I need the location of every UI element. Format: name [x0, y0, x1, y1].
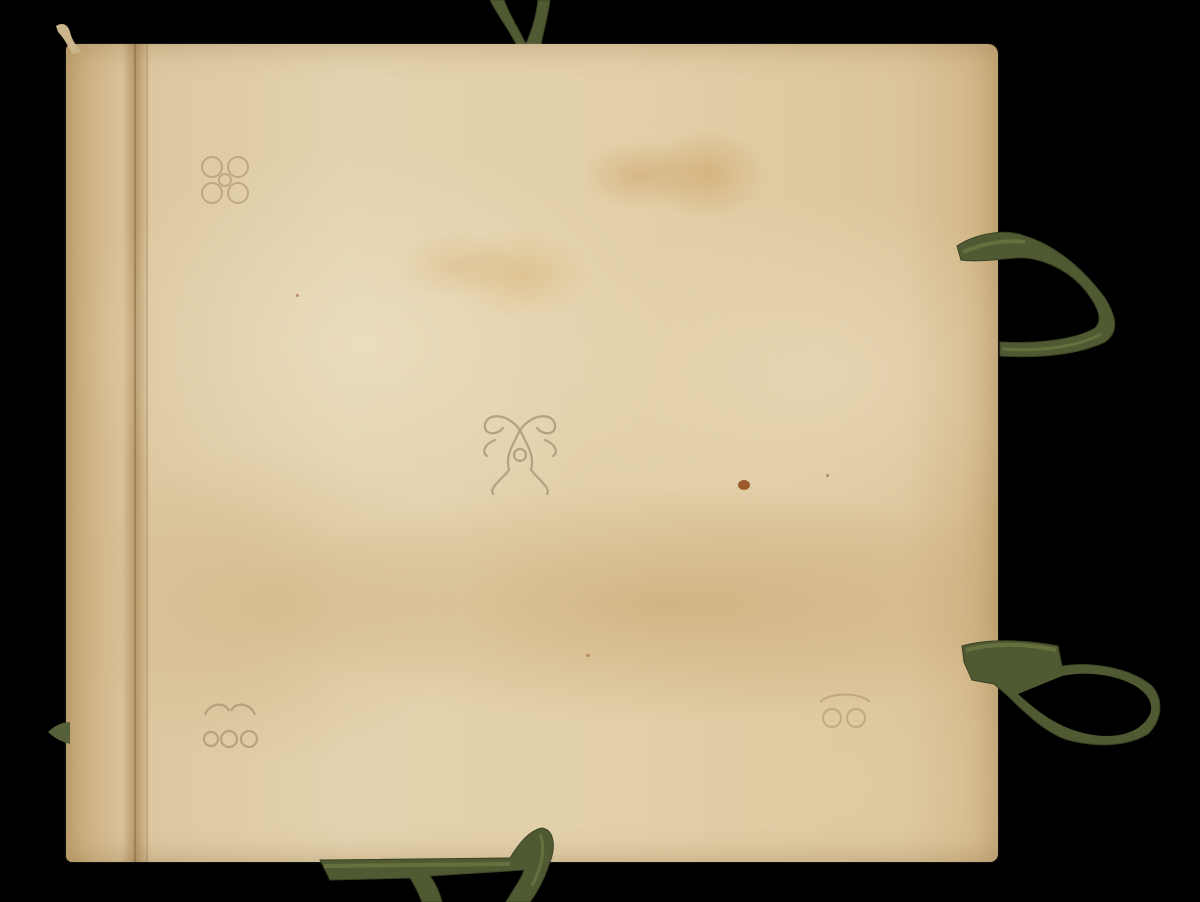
- torn-vellum-tab: [54, 22, 84, 56]
- vellum-cover: [66, 44, 998, 862]
- speck: [296, 294, 299, 297]
- speck: [586, 654, 590, 657]
- ribbon-tie-right-upper: [955, 228, 1125, 368]
- ribbon-tie-right-lower: [958, 636, 1168, 751]
- speck: [826, 474, 829, 477]
- rust-spot: [738, 480, 750, 490]
- corner-ornament-icon: [195, 695, 265, 755]
- corner-ornament-icon: [810, 690, 880, 740]
- photo-scene: [0, 0, 1200, 902]
- ribbon-tie-left-stub: [48, 722, 72, 744]
- ribbon-tie-bottom: [310, 822, 570, 902]
- spine-fold-line-secondary: [146, 44, 148, 862]
- stain-top-right: [580, 140, 700, 210]
- fleuron-ornament-icon: [475, 400, 565, 500]
- stain-upper-center: [395, 230, 515, 300]
- corner-ornament-icon: [190, 145, 260, 215]
- spine-fold-line: [134, 44, 136, 862]
